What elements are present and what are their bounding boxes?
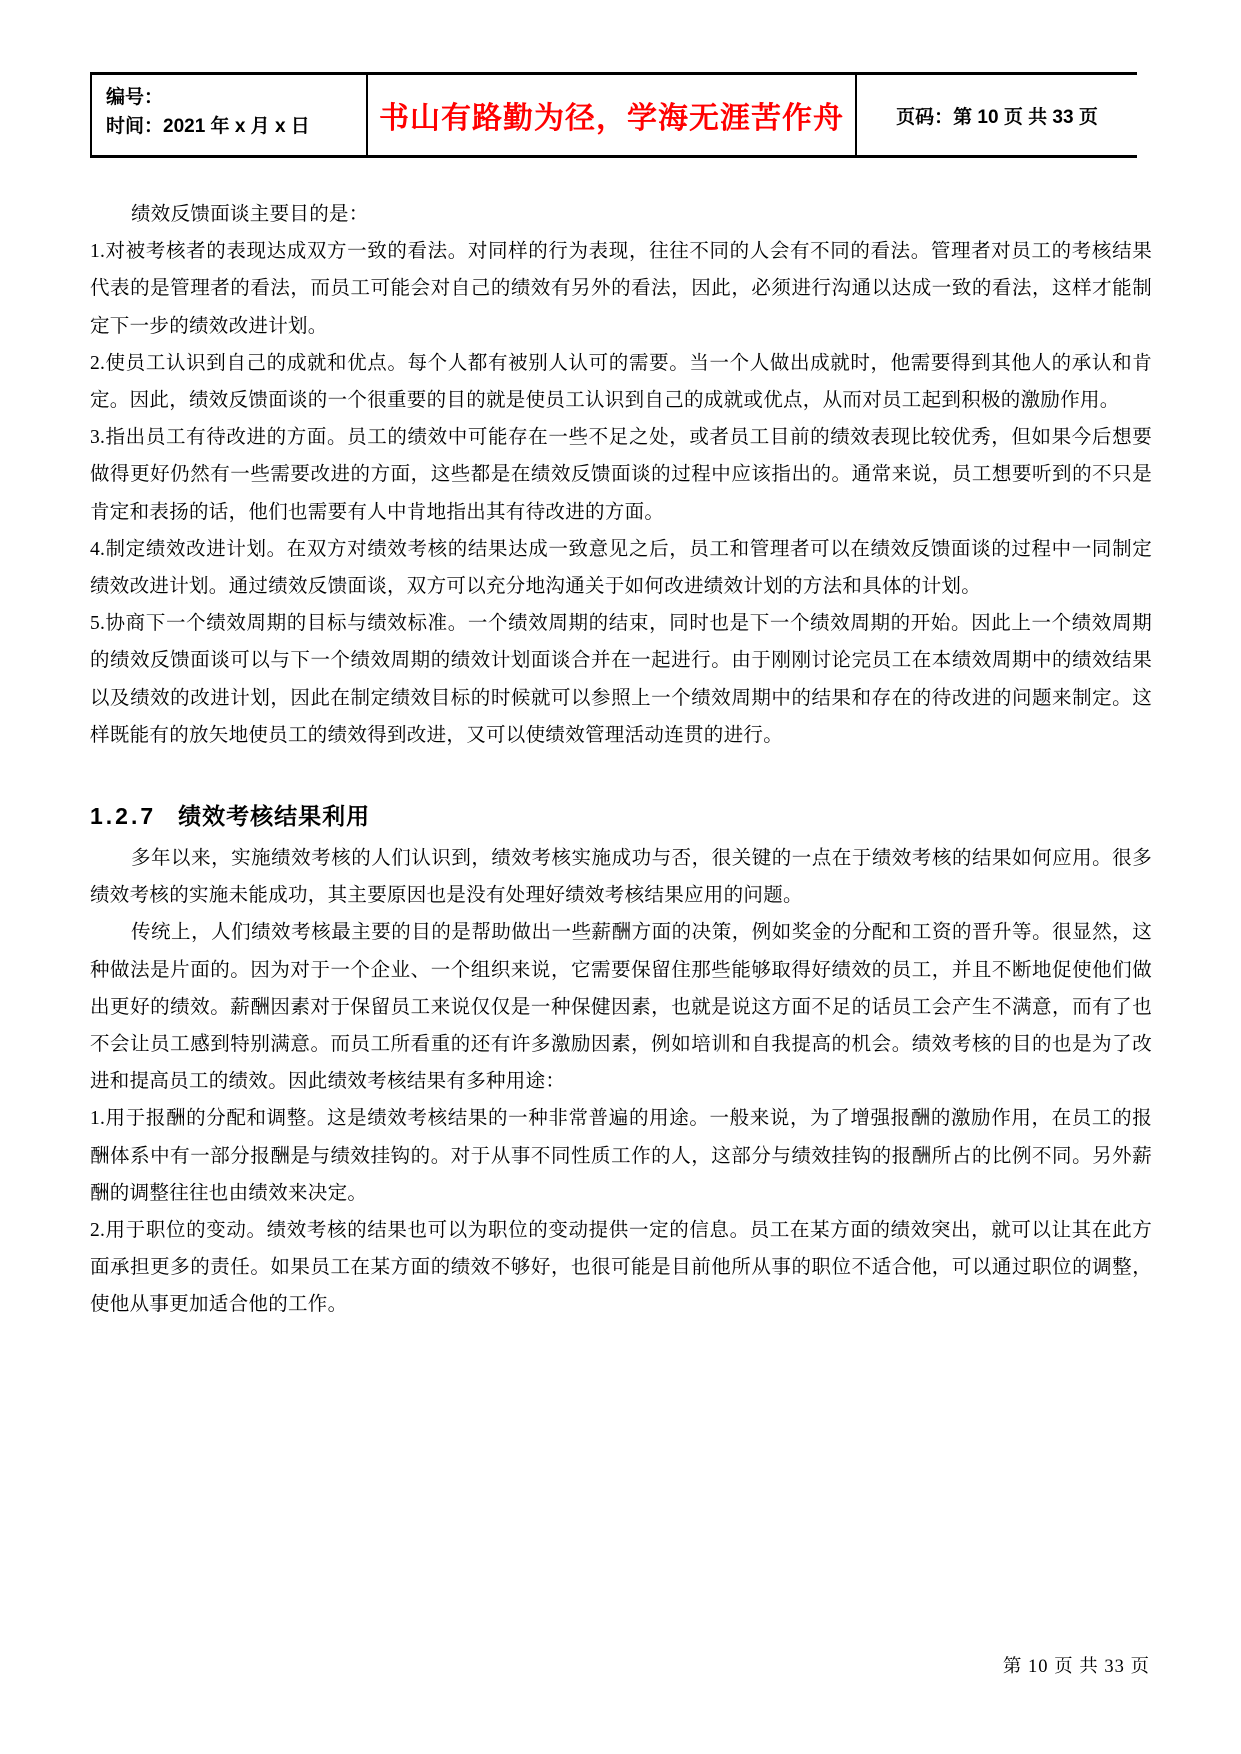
list-item-4: 4.制定绩效改进计划。在双方对绩效考核的结果达成一致意见之后，员工和管理者可以在… [90,531,1152,605]
list-item-1: 1.对被考核者的表现达成双方一致的看法。对同样的行为表现，往往不同的人会有不同的… [90,233,1152,345]
intro-line: 绩效反馈面谈主要目的是： [90,196,1152,233]
header-table: 编号： 时间：2021 年 x 月 x 日 书山有路勤为径，学海无涯苦作舟 页码… [90,72,1137,158]
section-number: 1.2.7 [90,803,156,829]
section-title: 绩效考核结果利用 [178,803,370,829]
footer-page-number: 第 10 页 共 33 页 [1003,1652,1150,1678]
list-item-5: 5.协商下一个绩效周期的目标与绩效标准。一个绩效周期的结束，同时也是下一个绩效周… [90,605,1152,754]
list2-item-2: 2.用于职位的变动。绩效考核的结果也可以为职位的变动提供一定的信息。员工在某方面… [90,1212,1152,1324]
slogan-text: 书山有路勤为径，学海无涯苦作舟 [379,93,844,137]
header-page-number: 页码：第 10 页 共 33 页 [896,102,1098,129]
document-body: 绩效反馈面谈主要目的是： 1.对被考核者的表现达成双方一致的看法。对同样的行为表… [90,196,1152,1324]
paragraph-2: 传统上，人们绩效考核最主要的目的是帮助做出一些薪酬方面的决策，例如奖金的分配和工… [90,914,1152,1100]
document-number-label: 编号： [106,83,366,112]
document-date-label: 时间：2021 年 x 月 x 日 [106,112,366,141]
header-meta-cell: 编号： 时间：2021 年 x 月 x 日 [92,75,368,155]
document-page: 编号： 时间：2021 年 x 月 x 日 书山有路勤为径，学海无涯苦作舟 页码… [0,0,1241,1754]
section-heading: 1.2.7绩效考核结果利用 [90,798,1152,831]
header-slogan-cell: 书山有路勤为径，学海无涯苦作舟 [368,75,857,155]
list-item-2: 2.使员工认识到自己的成就和优点。每个人都有被别人认可的需要。当一个人做出成就时… [90,345,1152,419]
header-page-cell: 页码：第 10 页 共 33 页 [857,75,1137,155]
list-item-3: 3.指出员工有待改进的方面。员工的绩效中可能存在一些不足之处，或者员工目前的绩效… [90,419,1152,531]
list2-item-1: 1.用于报酬的分配和调整。这是绩效考核结果的一种非常普遍的用途。一般来说，为了增… [90,1100,1152,1212]
paragraph-1: 多年以来，实施绩效考核的人们认识到，绩效考核实施成功与否，很关键的一点在于绩效考… [90,840,1152,914]
